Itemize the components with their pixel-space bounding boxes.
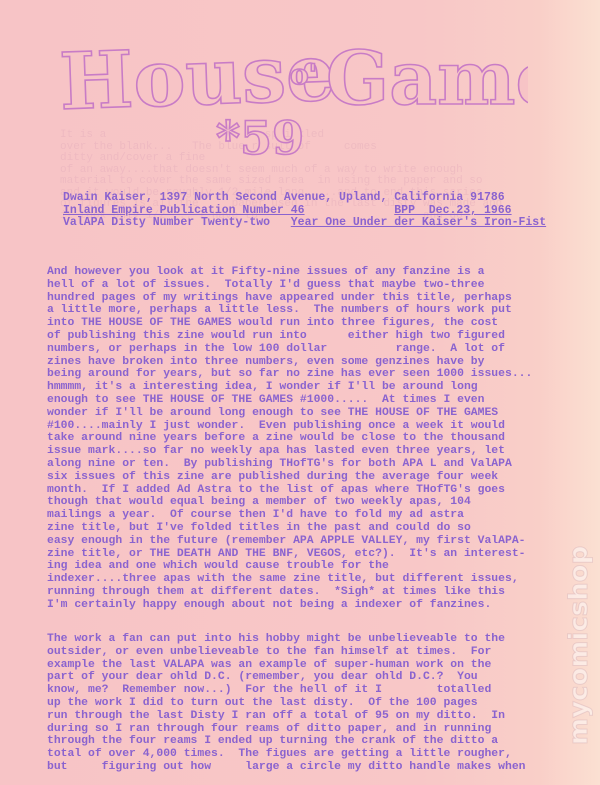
text-line: being around for years, but so far no zi… [47, 368, 567, 381]
text-line: hundred pages of my writings have appear… [47, 292, 567, 305]
text-line: six issues of this zine are published du… [47, 471, 567, 484]
text-line: indexer....three apas with the same zine… [47, 573, 567, 586]
text-line: run through the last Disty I ran off a t… [47, 710, 567, 723]
text-line: of publishing this zine would run into e… [47, 330, 567, 343]
text-line: into THE HOUSE OF THE GAMES would run in… [47, 317, 567, 330]
publication-number: Inland Empire Publication Number 46 [63, 204, 305, 217]
text-line: easy enough in the future (remember APA … [47, 535, 567, 548]
text-line: The work a fan can put into his hobby mi… [47, 633, 567, 646]
text-line: outsider, or even unbelieveable to the f… [47, 646, 567, 659]
text-line: #100....mainly I just wonder. Even publi… [47, 420, 567, 433]
address-line: Dwain Kaiser, 1397 North Second Avenue, … [63, 191, 505, 204]
text-line: numbers, or perhaps in the low 100 dolla… [47, 343, 567, 356]
title-word-games: Games [326, 36, 528, 122]
issue-date: BPP Dec.23, 1966 [394, 204, 511, 217]
paragraph-1: And however you look at it Fifty-nine is… [47, 266, 567, 612]
text-line: enough to see THE HOUSE OF THE GAMES #10… [47, 394, 567, 407]
text-line: issue mark....so far no weekly apa has l… [47, 445, 567, 458]
text-line: mailings a year. Of course then I'd have… [47, 509, 567, 522]
text-line: zine title, but I've folded titles in th… [47, 522, 567, 535]
text-line: along nine or ten. By publishing THofTG'… [47, 458, 567, 471]
text-line: I'm certainly happy enough about not bei… [47, 599, 567, 612]
watermark: mycomicshop [564, 505, 598, 785]
title-lettering: House o' Games *59 [58, 12, 528, 162]
text-line: hmmmm, it's a interesting idea, I wonder… [47, 381, 567, 394]
text-line: during so I ran through four reams of di… [47, 723, 567, 736]
paragraph-2: The work a fan can put into his hobby mi… [47, 633, 567, 774]
text-line: wonder if I'll be around long enough to … [47, 407, 567, 420]
zine-title: House o' Games *59 [58, 12, 528, 162]
text-line: total of over 4,000 times. The figues ar… [47, 748, 567, 761]
tagline: Year One Under der Kaiser's Iron-Fist [291, 216, 546, 229]
text-line: running through them at different dates.… [47, 586, 567, 599]
text-line: though that would equal being a member o… [47, 496, 567, 509]
text-line: part of your dear ohld D.C. (remember, y… [47, 671, 567, 684]
text-line: through the four reams I ended up turnin… [47, 735, 567, 748]
text-line: but figuring out how large a circle my d… [47, 761, 567, 774]
text-line: know, me? Remember now...) For the hell … [47, 684, 567, 697]
text-line: a little more, perhaps a little less. Th… [47, 304, 567, 317]
text-line: hell of a lot of issues. Totally I'd gue… [47, 279, 567, 292]
masthead: Dwain Kaiser, 1397 North Second Avenue, … [63, 192, 583, 230]
disty-number: ValAPA Disty Number Twenty-two [63, 216, 270, 229]
title-connector: o' [290, 58, 317, 91]
text-line: up the work I did to turn out the last d… [47, 697, 567, 710]
text-line: take around nine years before a zine wou… [47, 432, 567, 445]
text-line: And however you look at it Fifty-nine is… [47, 266, 567, 279]
text-line: ing idea and one which would cause troub… [47, 560, 567, 573]
text-line: example the last VALAPA was an example o… [47, 659, 567, 672]
fanzine-page: It is a sprinkled over the blank... The … [0, 0, 600, 785]
text-line: month. If I added Ad Astra to the list o… [47, 484, 567, 497]
text-line: zine title, or THE DEATH AND THE BNF, VE… [47, 548, 567, 561]
issue-number: *59 [216, 111, 304, 162]
text-line: zines have broken into three numbers, ev… [47, 356, 567, 369]
